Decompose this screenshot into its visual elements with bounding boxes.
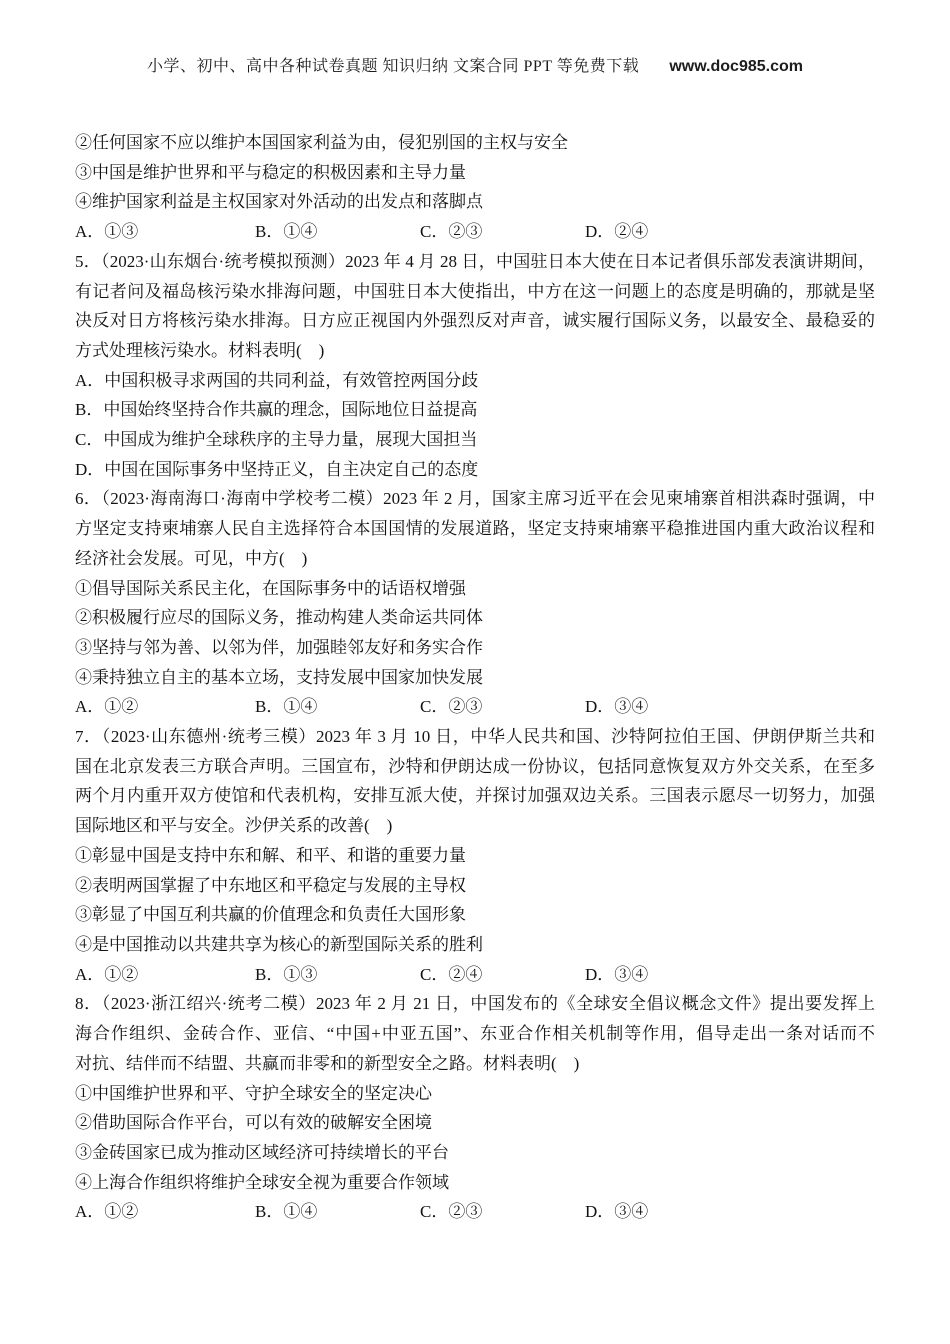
q5-option-a: A．中国积极寻求两国的共同利益，有效管控两国分歧 bbox=[75, 366, 875, 396]
q8-option-a: A．①② bbox=[75, 1197, 255, 1227]
q5-stem-line-3: 决反对日方将核污染水排海。日方应正视国内外强烈反对声音，诚实履行国际义务，以最安… bbox=[75, 306, 875, 336]
q8-option-c: C．②③ bbox=[420, 1197, 585, 1227]
q6-option-b: B．①④ bbox=[255, 692, 420, 722]
q8-item-4: ④上海合作组织将维护全球安全视为重要合作领域 bbox=[75, 1168, 875, 1198]
q6-option-a: A．①② bbox=[75, 692, 255, 722]
q8-stem-line-3: 对抗、结伴而不结盟、共赢而非零和的新型安全之路。材料表明( ) bbox=[75, 1049, 875, 1079]
q7-option-d: D．③④ bbox=[585, 960, 648, 990]
q6-item-2: ②积极履行应尽的国际义务，推动构建人类命运共同体 bbox=[75, 603, 875, 633]
exam-body: ②任何国家不应以维护本国国家利益为由，侵犯别国的主权与安全 ③中国是维护世界和平… bbox=[75, 128, 875, 1227]
exam-document-page: 小学、初中、高中各种试卷真题 知识归纳 文案合同 PPT 等免费下载www.do… bbox=[0, 0, 950, 1344]
q6-stem-line-3: 经济社会发展。可见，中方( ) bbox=[75, 544, 875, 574]
q5-option-b: B．中国始终坚持合作共赢的理念，国际地位日益提高 bbox=[75, 395, 875, 425]
q4-option-c: C．②③ bbox=[420, 217, 585, 247]
q7-item-2: ②表明两国掌握了中东地区和平稳定与发展的主导权 bbox=[75, 871, 875, 901]
q5-option-d: D．中国在国际事务中坚持正义，自主决定自己的态度 bbox=[75, 455, 875, 485]
q4-option-b: B．①④ bbox=[255, 217, 420, 247]
q8-item-2: ②借助国际合作平台，可以有效的破解安全困境 bbox=[75, 1108, 875, 1138]
q7-item-3: ③彰显了中国互利共赢的价值理念和负责任大国形象 bbox=[75, 900, 875, 930]
page-header: 小学、初中、高中各种试卷真题 知识归纳 文案合同 PPT 等免费下载www.do… bbox=[0, 53, 950, 76]
header-site-url: www.doc985.com bbox=[669, 58, 803, 75]
q5-option-c: C．中国成为维护全球秩序的主导力量，展现大国担当 bbox=[75, 425, 875, 455]
q4-option-a: A．①③ bbox=[75, 217, 255, 247]
q4-item-4: ④维护国家利益是主权国家对外活动的出发点和落脚点 bbox=[75, 187, 875, 217]
q7-option-b: B．①③ bbox=[255, 960, 420, 990]
q6-stem-line-2: 方坚定支持柬埔寨人民自主选择符合本国国情的发展道路，坚定支持柬埔寨平稳推进国内重… bbox=[75, 514, 875, 544]
q6-stem-line-1: 6．（2023·海南海口·海南中学校考二模）2023 年 2 月，国家主席习近平… bbox=[75, 484, 875, 514]
q4-options-row: A．①③ B．①④ C．②③ D．②④ bbox=[75, 217, 875, 247]
q7-stem-line-1: 7．（2023·山东德州·统考三模）2023 年 3 月 10 日，中华人民共和… bbox=[75, 722, 875, 752]
q7-item-1: ①彰显中国是支持中东和解、和平、和谐的重要力量 bbox=[75, 841, 875, 871]
q6-item-1: ①倡导国际关系民主化，在国际事务中的话语权增强 bbox=[75, 574, 875, 604]
q6-options-row: A．①② B．①④ C．②③ D．③④ bbox=[75, 692, 875, 722]
q4-option-d: D．②④ bbox=[585, 217, 648, 247]
q6-option-d: D．③④ bbox=[585, 692, 648, 722]
q7-option-c: C．②④ bbox=[420, 960, 585, 990]
q8-options-row: A．①② B．①④ C．②③ D．③④ bbox=[75, 1197, 875, 1227]
q7-stem-line-3: 两个月内重开双方使馆和代表机构，安排互派大使，并探讨加强双边关系。三国表示愿尽一… bbox=[75, 781, 875, 811]
q7-stem-line-2: 国在北京发表三方联合声明。三国宣布，沙特和伊朗达成一份协议，包括同意恢复双方外交… bbox=[75, 752, 875, 782]
q5-stem-line-1: 5．（2023·山东烟台·统考模拟预测）2023 年 4 月 28 日，中国驻日… bbox=[75, 247, 875, 277]
header-slogan: 小学、初中、高中各种试卷真题 知识归纳 文案合同 PPT 等免费下载 bbox=[147, 58, 639, 75]
q7-stem-line-4: 国际地区和平与安全。沙伊关系的改善( ) bbox=[75, 811, 875, 841]
q5-stem-line-4: 方式处理核污染水。材料表明( ) bbox=[75, 336, 875, 366]
q8-stem-line-1: 8．（2023·浙江绍兴·统考二模）2023 年 2 月 21 日，中国发布的《… bbox=[75, 989, 875, 1019]
q6-item-3: ③坚持与邻为善、以邻为伴，加强睦邻友好和务实合作 bbox=[75, 633, 875, 663]
q4-item-3: ③中国是维护世界和平与稳定的积极因素和主导力量 bbox=[75, 158, 875, 188]
q6-item-4: ④秉持独立自主的基本立场，支持发展中国家加快发展 bbox=[75, 663, 875, 693]
q8-item-1: ①中国维护世界和平、守护全球安全的坚定决心 bbox=[75, 1079, 875, 1109]
q8-option-b: B．①④ bbox=[255, 1197, 420, 1227]
q4-item-2: ②任何国家不应以维护本国国家利益为由，侵犯别国的主权与安全 bbox=[75, 128, 875, 158]
q6-option-c: C．②③ bbox=[420, 692, 585, 722]
q7-item-4: ④是中国推动以共建共享为核心的新型国际关系的胜利 bbox=[75, 930, 875, 960]
q8-stem-line-2: 海合作组织、金砖合作、亚信、“中国+中亚五国”、东亚合作相关机制等作用，倡导走出… bbox=[75, 1019, 875, 1049]
q8-item-3: ③金砖国家已成为推动区域经济可持续增长的平台 bbox=[75, 1138, 875, 1168]
q5-stem-line-2: 有记者问及福岛核污染水排海问题，中国驻日本大使指出，中方在这一问题上的态度是明确… bbox=[75, 277, 875, 307]
q8-option-d: D．③④ bbox=[585, 1197, 648, 1227]
q7-option-a: A．①② bbox=[75, 960, 255, 990]
q7-options-row: A．①② B．①③ C．②④ D．③④ bbox=[75, 960, 875, 990]
